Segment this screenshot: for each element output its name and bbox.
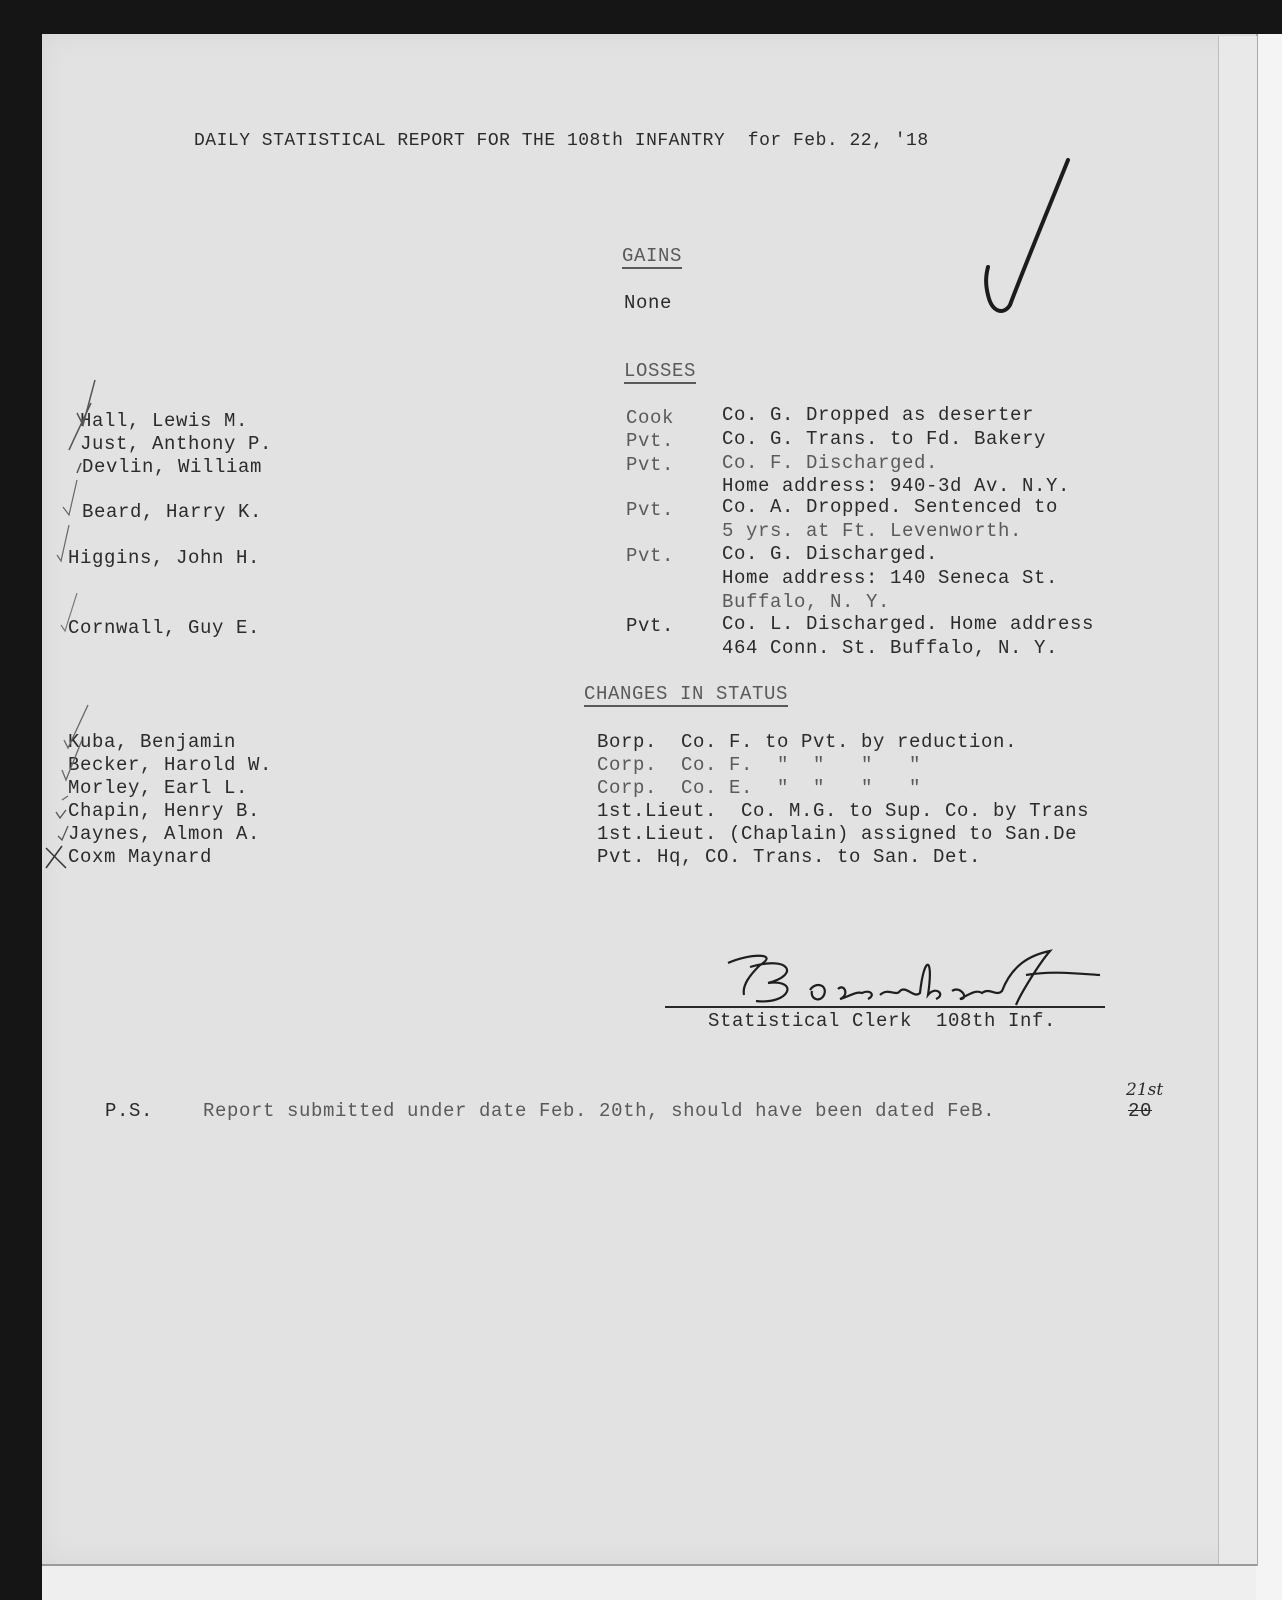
loss-detail: Home address: 140 Seneca St. [722, 567, 1058, 589]
change-name: Jaynes, Almon A. [68, 823, 260, 845]
change-name: Chapin, Henry B. [68, 800, 260, 822]
loss-detail: Co. G. Dropped as deserter [722, 404, 1034, 426]
handwritten-signature [720, 945, 1110, 1015]
loss-rank: Pvt. [626, 454, 674, 476]
page-edge [1218, 36, 1257, 1564]
scan-border-top [0, 0, 1282, 34]
change-entry: Pvt. Hq, CO. Trans. to San. Det. [597, 846, 981, 868]
change-entry: Corp. Co. F. " " " " [597, 754, 921, 776]
loss-name: Just, Anthony P. [80, 433, 272, 455]
loss-rank: Cook [626, 407, 674, 429]
tick-marks-losses-icon [55, 375, 105, 645]
loss-detail: Co. F. Discharged. [722, 452, 938, 474]
report-title: DAILY STATISTICAL REPORT FOR THE 108th I… [194, 131, 929, 151]
change-entry: 1st.Lieut. (Chaplain) assigned to San.De [597, 823, 1077, 845]
loss-detail: Home address: 940-3d Av. N.Y. [722, 475, 1070, 497]
change-entry: 1st.Lieut. Co. M.G. to Sup. Co. by Trans [597, 800, 1089, 822]
scan-border-left [0, 0, 42, 1600]
loss-detail: Co. G. Discharged. [722, 543, 938, 565]
loss-detail: Co. L. Discharged. Home address [722, 613, 1094, 635]
loss-detail: Co. G. Trans. to Fd. Bakery [722, 428, 1046, 450]
loss-name: Hall, Lewis M. [80, 410, 248, 432]
losses-heading: LOSSES [624, 360, 696, 382]
postscript-handwritten-correction: 21st [1126, 1080, 1163, 1100]
gains-value: None [624, 292, 672, 314]
gains-heading: GAINS [622, 245, 682, 267]
scan-background-right [1256, 34, 1282, 1600]
loss-detail: Co. A. Dropped. Sentenced to [722, 496, 1058, 518]
change-name: Kuba, Benjamin [68, 731, 236, 753]
loss-rank: Pvt. [626, 615, 674, 637]
postscript-struck-date: 20 [1128, 1100, 1152, 1122]
change-entry: Corp. Co. E. " " " " [597, 777, 921, 799]
loss-detail: 464 Conn. St. Buffalo, N. Y. [722, 637, 1058, 659]
loss-detail: Buffalo, N. Y. [722, 591, 890, 613]
loss-name: Beard, Harry K. [82, 501, 262, 523]
tick-marks-changes-icon [40, 700, 90, 875]
checkmark-icon [970, 155, 1080, 320]
loss-rank: Pvt. [626, 499, 674, 521]
loss-name: Devlin, William [82, 456, 262, 478]
change-name: Becker, Harold W. [68, 754, 272, 776]
postscript-text: Report submitted under date Feb. 20th, s… [203, 1100, 995, 1122]
change-name: Morley, Earl L. [68, 777, 248, 799]
loss-detail: 5 yrs. at Ft. Levenworth. [722, 520, 1022, 542]
postscript-label: P.S. [105, 1100, 153, 1122]
changes-heading: CHANGES IN STATUS [584, 683, 788, 705]
signature-line [665, 1006, 1105, 1008]
signature-caption: Statistical Clerk 108th Inf. [708, 1010, 1056, 1032]
loss-rank: Pvt. [626, 545, 674, 567]
change-entry: Borp. Co. F. to Pvt. by reduction. [597, 731, 1017, 753]
loss-rank: Pvt. [626, 430, 674, 452]
